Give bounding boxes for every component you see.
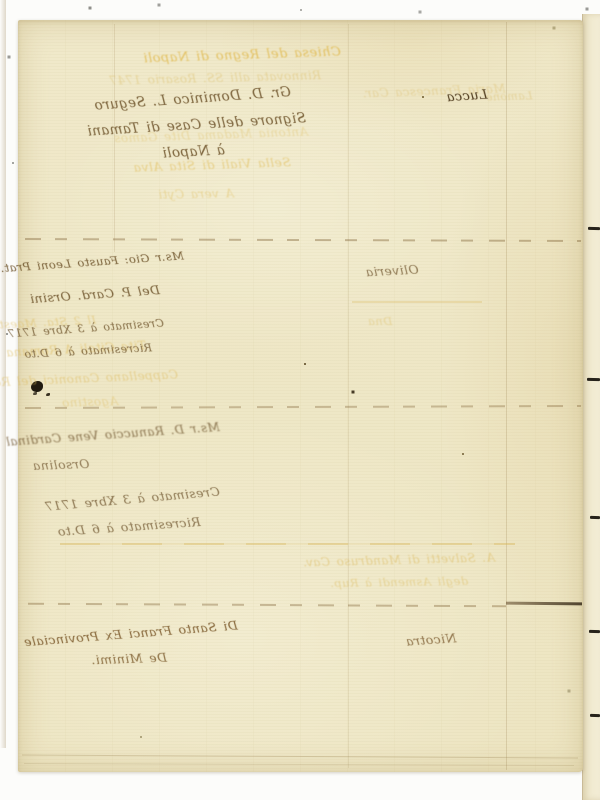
binding-mark bbox=[589, 630, 600, 633]
binding-mark bbox=[588, 227, 600, 230]
paper-crease bbox=[506, 22, 507, 770]
underlying-page-edge bbox=[582, 14, 600, 800]
bleed-rule bbox=[60, 543, 515, 545]
bleed-text: degli Asmendi à Rup. bbox=[323, 575, 475, 590]
bleed-text: Dna bbox=[358, 315, 402, 328]
bleed-text: A vera Cyti bbox=[138, 187, 254, 202]
scan-background: { "page": { "kind": "manuscript-scan", "… bbox=[0, 0, 600, 800]
bleed-rule bbox=[352, 301, 482, 303]
binding-mark bbox=[590, 516, 600, 519]
margin-label: Oliveria bbox=[364, 263, 421, 280]
binding-mark bbox=[590, 714, 600, 717]
ink-line: Orsolina bbox=[24, 457, 98, 473]
paper-crease bbox=[348, 24, 349, 768]
binding-mark bbox=[587, 378, 600, 381]
dust-specks bbox=[0, 0, 2, 2]
